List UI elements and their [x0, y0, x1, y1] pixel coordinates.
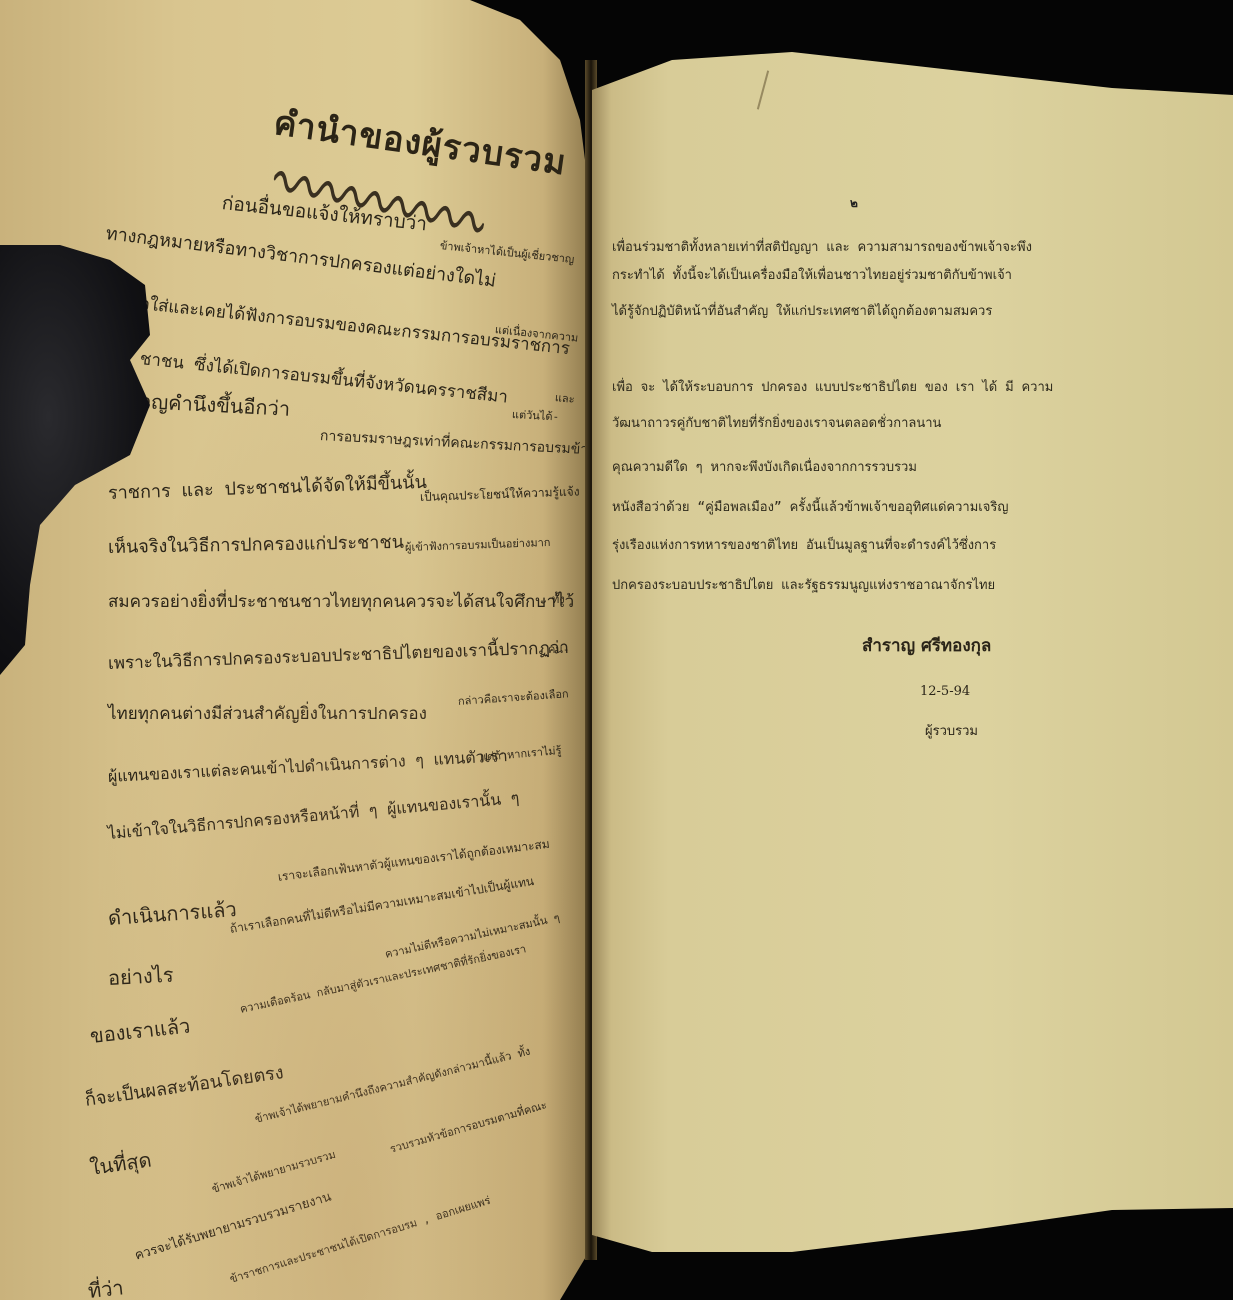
- text-line: อย่างไร: [107, 959, 174, 994]
- text-line: ในที่สุด: [88, 1144, 154, 1184]
- text-line: ได้รู้จักปฏิบัติหน้าที่อันสำคัญ ให้แก่ปร…: [612, 300, 992, 321]
- text-line: เป็นคุณประโยชน์ให้ความรู้แจ้ง: [420, 482, 580, 507]
- left-page: คำนำของผู้รวบรวม ก่อนอื่นขอแจ้งให้ทราบว่…: [0, 0, 590, 1300]
- text-line: เพราะในวิธีการปกครองระบอบประชาธิปไตยของเ…: [108, 634, 570, 677]
- text-line: สมควรอย่างยิ่งที่ประชาชนชาวไทยทุกคนควรจะ…: [108, 588, 574, 615]
- text-line: เพื่อ จะ ได้ให้ระบอบการ ปกครอง แบบประชาธ…: [612, 376, 1053, 397]
- text-line: ปกครองระบอบประชาธิปไตย และรัฐธรรมนูญแห่ง…: [612, 574, 995, 595]
- text-line: ของเราแล้ว: [88, 1010, 191, 1052]
- text-line: เห็นจริงในวิธีการปกครองแก่ประชาชน: [108, 527, 404, 561]
- text-line: ความเดือดร้อน กลับมาสู่ตัวเราและประเทศชา…: [238, 939, 528, 1017]
- page-number: ๒: [850, 194, 858, 213]
- text-line: ผู้แทนของเราแต่ละคนเข้าไปดำเนินการต่าง ๆ…: [107, 744, 508, 790]
- text-line: รวบรวมหัวข้อการอบรมตามที่คณะ: [388, 1095, 549, 1157]
- compiler-signature: สำราญ ศรีทองกุล: [862, 632, 991, 659]
- date-text: 12-5-94: [920, 684, 970, 699]
- role-label: ผู้รวบรวม: [925, 720, 978, 741]
- text-line: เพื่อนร่วมชาติทั้งหลายเท่าที่สติปัญญา แล…: [612, 236, 1032, 257]
- text-line: แต่วันได้-: [512, 405, 560, 425]
- book-photo: คำนำของผู้รวบรวม ก่อนอื่นขอแจ้งให้ทราบว่…: [0, 0, 1233, 1300]
- text-line: ดำเนินการแล้ว: [107, 893, 238, 934]
- text-line: การอบรมราษฎรเท่าที่คณะกรรมการอบรมข้า-: [319, 425, 590, 461]
- text-line: ราชการ และ ประชาชนได้จัดให้มีขึ้นนั้น: [107, 467, 427, 507]
- text-line: ผู้เข้าฟังการอบรมเป็นอย่างมาก: [405, 533, 551, 556]
- text-line: และ: [554, 388, 576, 408]
- text-line: วัฒนาถาวรคู่กับชาติไทยที่รักยิ่งของเราจน…: [612, 412, 941, 433]
- text-line: กล่าวคือเราจะต้องเลือก: [457, 684, 569, 710]
- text-line: คุณความดีใด ๆ หากจะพึงบังเกิดเนื่องจากกา…: [612, 456, 917, 477]
- paper-mark: [757, 70, 769, 109]
- text-line: ก็จะเป็นผลสะท้อนโดยตรง: [83, 1057, 285, 1114]
- text-line: ที่ว่า: [86, 1271, 125, 1300]
- text-line: รุ่งเรืองแห่งการทหารของชาติไทย อันเป็นมู…: [612, 534, 996, 555]
- text-line: ไม่เข้าใจในวิธีการปกครองหรือหน้าที่ ๆ ผู…: [107, 786, 520, 847]
- text-line: หนังสือว่าด้วย “คู่มือพลเมือง” ครั้งนี้แ…: [612, 496, 1008, 517]
- text-line: ทั้ง: [552, 590, 565, 608]
- text-line: คน-: [548, 640, 570, 658]
- text-line: ไทยทุกคนต่างมีส่วนสำคัญยิ่งในการปกครอง: [108, 700, 427, 727]
- text-line: กระทำได้ ทั้งนี้จะได้เป็นเครื่องมือให้เพ…: [612, 264, 1012, 285]
- text-line: วญคำนึงขึ้นอีกว่า: [139, 385, 291, 425]
